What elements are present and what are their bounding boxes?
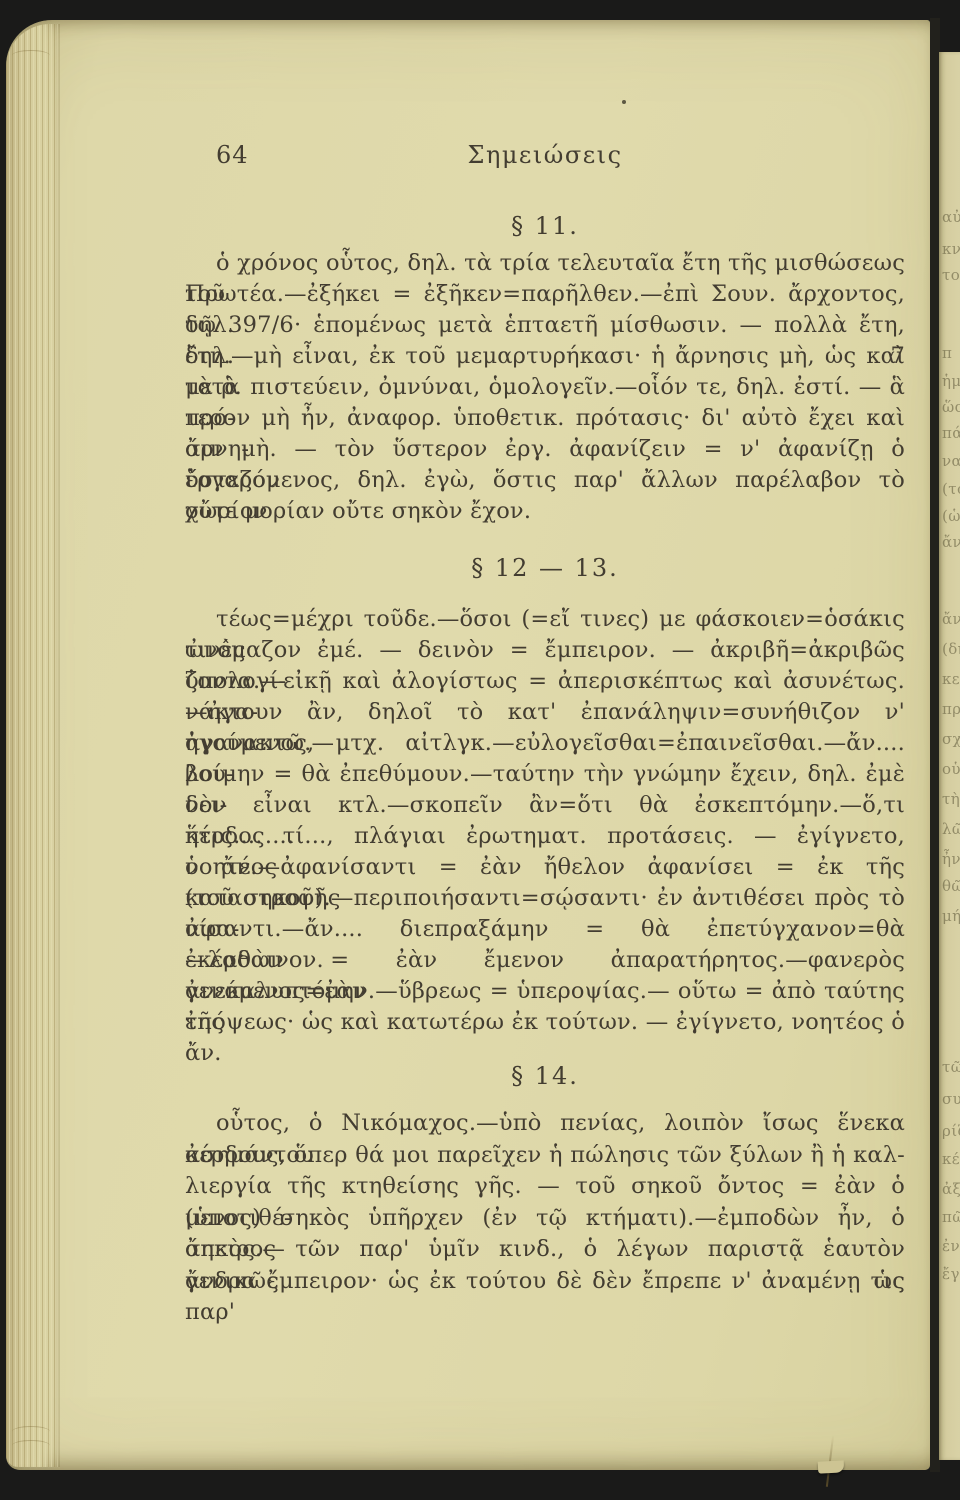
next-page-text-fragment: ἡμέ (942, 372, 960, 390)
next-page-text-fragment: ἐν σ (942, 1237, 960, 1255)
next-page-text-fragment: τῶν, (942, 1058, 960, 1076)
page-stack-edge (6, 24, 60, 1467)
next-page-text-fragment: αὐτο (942, 208, 960, 226)
text-line: οὗτος, ὁ Νικόμαχος.—ὑπὸ πενίας, λοιπὸν ἴ… (185, 1108, 905, 1140)
text-line: ἔτη.—μὴ εἶναι, ἐκ τοῦ μεμαρτυρήκασι· ἡ ἄ… (185, 341, 905, 372)
section-heading: § 12 — 13. (185, 554, 905, 582)
text-line: ὁ χρόνος οὗτος, δηλ. τὰ τρία τελευταῖα ἔ… (185, 248, 905, 279)
next-page-text-fragment: κεί (942, 670, 960, 688)
book-page: 64 Σημειώσεις § 11.ὁ χρόνος οὗτος, δηλ. … (6, 20, 930, 1470)
page-tear-flap (818, 1460, 845, 1473)
book-photo: 64 Σημειώσεις § 11.ὁ χρόνος οὗτος, δηλ. … (0, 0, 960, 1500)
text-line: Πρωτέα.—ἐξήκει = ἐξῆκεν=παρῆλθεν.—ἐπὶ Σο… (185, 279, 905, 310)
next-page-text-fragment: ἄν . (942, 610, 960, 628)
text-line: ὠνόμαζον ἐμέ. — δεινὸν = ἔμπειρον. — ἀκρ… (185, 635, 905, 666)
next-page-text-fragment: οὑπ (942, 760, 960, 778)
text-line: κέρδους, ὅπερ θά μοι παρεῖχεν ἡ πώλησις … (185, 1140, 905, 1172)
next-page-text-fragment: πρό (942, 700, 960, 718)
next-page-text-fragment: τὴν (942, 790, 960, 808)
text-line: νάκτουν ἂν, δηλοῖ τὸ κατ' ἐπανάληψιν=συν… (185, 697, 905, 728)
text-line: ἀνεκαλυπτόμην.—ὕβρεως = ὑπεροψίας.— οὕτω… (185, 976, 905, 1007)
next-page-text-fragment: ἦν (942, 850, 960, 868)
text-line: σιν μὴ. — τὸν ὕστερον ἐργ. ἀφανίζειν = ν… (185, 434, 905, 465)
section-paragraph: οὗτος, ὁ Νικόμαχος.—ὑπὸ πενίας, λοιπὸν ἴ… (185, 1108, 905, 1297)
page-header: 64 Σημειώσεις (185, 141, 905, 171)
text-line: —λαθὼν = ἐὰν ἔμενον ἀπαρατήρητος.—φανερὸ… (185, 945, 905, 976)
next-page-text-fragment: σχη (942, 730, 960, 748)
text-line: ἐπόψεως· ὡς καὶ κατωτέρω ἐκ τούτων. — ἐγ… (185, 1007, 905, 1038)
page-edge-curl (12, 1426, 50, 1437)
next-page-text-fragment: ρίζε (942, 1122, 960, 1140)
text-line: ἡγούμενος, μτχ. αἰτλγκ.—εὐλογεῖσθαι=ἐπαι… (185, 728, 905, 759)
running-title: Σημειώσεις (185, 141, 905, 169)
next-page-text-fragment: ἄν . (942, 533, 960, 551)
text-line: ἥτις.... τί..., πλάγιαι ἐρωτηματ. προτάσ… (185, 821, 905, 852)
text-line: ζοντα.—εἰκῇ καὶ ἀλογίστως = ἀπερισκέπτως… (185, 666, 905, 697)
next-page-text-fragment: πῶ (942, 1208, 960, 1226)
text-line: λιεργία τῆς κτηθείσης γῆς. — τοῦ σηκοῦ ὄ… (185, 1171, 905, 1203)
section-paragraph: τέως=μέχρι τοῦδε.—ὅσοι (=εἴ τινες) με φά… (185, 604, 905, 1038)
text-line: τερον μὴ ἦν, ἀναφορ. ὑποθετικ. πρότασις·… (185, 403, 905, 434)
text-line: μενος) σηκὸς ὑπῆρχεν (ἐν τῷ κτήματι).—ἐμ… (185, 1203, 905, 1235)
page-edge-curl (12, 50, 50, 61)
next-page-text-fragment: θῶ (942, 877, 960, 895)
next-page-edge: αὐτοκνύωτοιαπἡμέὥστπάνναι,(τοῦ(ὡςἄν .ἄν … (939, 52, 960, 1460)
next-page-text-fragment: ἔγκλ (942, 1265, 960, 1283)
next-page-text-fragment: συνε (942, 1090, 960, 1108)
section-paragraph: ὁ χρόνος οὗτος, δηλ. τὰ τρία τελευταῖα ἔ… (185, 248, 905, 527)
text-line: νίσαντι.—ἄν.... διεπραξάμην = θὰ ἐπετύγχ… (185, 914, 905, 945)
text-line: τῷ 397/6· ἑπομένως μετὰ ἑπταετῆ μίσθωσιν… (185, 310, 905, 341)
next-page-text-fragment: (τοῦ (942, 480, 960, 498)
next-page-text-fragment: (ὡς (942, 507, 960, 525)
next-page-text-fragment: κνύω (942, 240, 960, 258)
text-line: ἐργαζόμενος, δηλ. ἐγὼ, ὅστις παρ' ἄλλων … (185, 465, 905, 496)
next-page-text-fragment: ἀξι (942, 1180, 960, 1198)
text-line: οὔτε μορίαν οὔτε σηκὸν ἔχον. (185, 496, 905, 527)
next-page-text-fragment: π (942, 344, 952, 362)
text-line: ὁ ἄν.—ἀφανίσαντι = ἐὰν ἤθελον ἀφανίσει =… (185, 852, 905, 883)
text-line: τέως=μέχρι τοῦδε.—ὅσοι (=εἴ τινες) με φά… (185, 604, 905, 635)
text-line: τὰ ῥ. πιστεύειν, ὀμνύναι, ὁμολογεῖν.—οἷό… (185, 372, 905, 403)
section-heading: § 14. (185, 1062, 905, 1090)
section-heading: § 11. (185, 212, 905, 240)
text-line: (τοῦ σηκοῦ).—περιποιήσαντι=σῴσαντι· ἐν ἀ… (185, 883, 905, 914)
next-page-text-fragment: λῶς (942, 820, 960, 838)
next-page-text-fragment: πάν (942, 424, 960, 442)
next-page-text-fragment: ὥστ (942, 398, 960, 416)
next-page-text-fragment: κέρδ (942, 1150, 960, 1168)
text-line: νὸν εἶναι κτλ.—σκοπεῖν ἂν=ὅτι θὰ ἐσκεπτό… (185, 790, 905, 821)
next-page-text-fragment: τοια (942, 266, 960, 284)
next-page-text-fragment: μή. (942, 907, 960, 925)
next-page-text-fragment: ναι, (942, 452, 960, 470)
text-line: λοίμην = θὰ ἐπεθύμουν.—ταύτην τὴν γνώμην… (185, 759, 905, 790)
page-edge-curl (12, 1440, 50, 1451)
text-line: ἄπειρος τῶν παρ' ὑμῖν κινδ., ὁ λέγων παρ… (185, 1234, 905, 1266)
ink-speck (622, 100, 626, 104)
text-line: ἄνδρα ἔμπειρον· ὡς ἐκ τούτου δὲ δὲν ἔπρε… (185, 1266, 905, 1298)
next-page-text-fragment: (δη) (942, 640, 960, 658)
